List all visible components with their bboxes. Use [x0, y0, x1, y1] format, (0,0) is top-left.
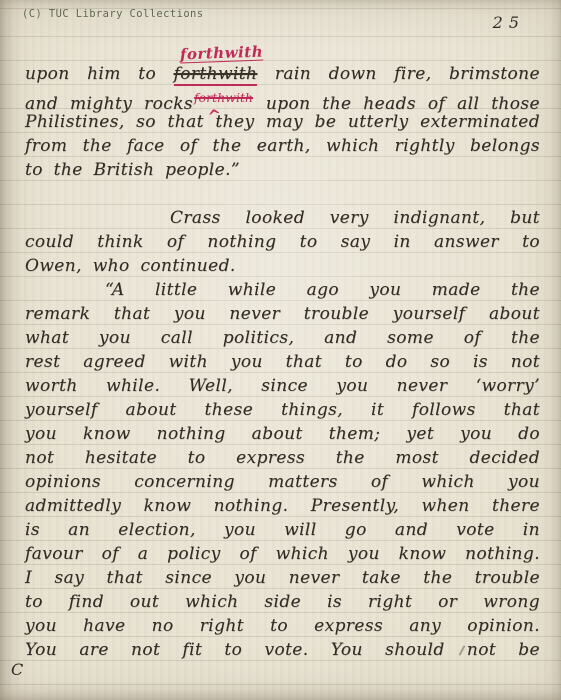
manuscript-text-segment: to the British people.” [25, 160, 240, 180]
red-correction-above: forthwith [179, 45, 263, 64]
manuscript-line [25, 182, 540, 206]
manuscript-text-segment: could think of nothing to say in answer … [25, 232, 540, 252]
manuscript-line: not hesitate to express the most decided [25, 446, 540, 470]
manuscript-line: worth while. Well, since you never ‘worr… [25, 374, 540, 398]
manuscript-text-segment: Owen, who continued. [25, 256, 236, 276]
manuscript-line: I say that since you never take the trou… [25, 566, 540, 590]
manuscript-text-segment: yourself about these things, it follows … [25, 400, 540, 420]
manuscript-text-segment: from the face of the earth, which rightl… [25, 136, 540, 156]
manuscript-text: upon him to forthwithforthwith rain down… [25, 62, 540, 662]
manuscript-text-segment: rest agreed with you that to do so is no… [25, 352, 540, 372]
manuscript-text-segment: remark that you never trouble yourself a… [25, 304, 540, 324]
manuscript-text-segment: you know nothing about them; yet you do [25, 424, 540, 444]
manuscript-line: remark that you never trouble yourself a… [25, 302, 540, 326]
manuscript-line: upon him to forthwithforthwith rain down… [25, 62, 540, 86]
manuscript-text-segment: Crass looked very indignant, but [170, 208, 540, 228]
manuscript-text-segment: to find out which side is right or wrong [25, 592, 540, 612]
manuscript-line: Philistines, so that they may be utterly… [25, 110, 540, 134]
manuscript-line: what you call politics, and some of the [25, 326, 540, 350]
manuscript-text-segment: you have no right to express any opinion… [25, 616, 540, 636]
manuscript-line: to find out which side is right or wrong [25, 590, 540, 614]
manuscript-text-segment: worth while. Well, since you never ‘worr… [25, 376, 540, 396]
manuscript-text-segment: not hesitate to express the most decided [25, 448, 540, 468]
manuscript-line: is an election, you will go and vote in [25, 518, 540, 542]
manuscript-line: admittedly know nothing. Presently, when… [25, 494, 540, 518]
red-caret-mark: ^ [207, 107, 223, 125]
manuscript-line: and mighty rocksforthwith^ upon the head… [25, 86, 540, 110]
manuscript-line: could think of nothing to say in answer … [25, 230, 540, 254]
page-number: 25 [493, 13, 525, 32]
manuscript-line: yourself about these things, it follows … [25, 398, 540, 422]
manuscript-line: “A little while ago you made the [105, 278, 540, 302]
manuscript-text-segment: is an election, you will go and vote in [25, 520, 540, 540]
manuscript-text-segment: admittedly know nothing. Presently, when… [25, 496, 540, 516]
manuscript-text-segment: opinions concerning matters of which you [25, 472, 540, 492]
manuscript-line: to the British people.” [25, 158, 540, 182]
manuscript-line: Crass looked very indignant, but [170, 206, 540, 230]
manuscript-line: you have no right to express any opinion… [25, 614, 540, 638]
manuscript-text-segment: what you call politics, and some of the [25, 328, 540, 348]
struck-word: forthwithforthwith [174, 64, 258, 86]
manuscript-text-segment: rain down fire, brimstone [257, 64, 540, 84]
manuscript-page: (C) TUC Library Collections 25 upon him … [0, 0, 561, 700]
manuscript-line: rest agreed with you that to do so is no… [25, 350, 540, 374]
corner-mark: C [11, 660, 23, 679]
library-watermark: (C) TUC Library Collections [22, 8, 203, 20]
manuscript-text-segment: favour of a policy of which you know not… [25, 544, 540, 564]
manuscript-line: opinions concerning matters of which you [25, 470, 540, 494]
manuscript-text-segment: “A little while ago you made the [105, 280, 540, 300]
red-struck-word: forthwith^ [194, 90, 253, 105]
manuscript-text-segment: Philistines, so that they may be utterly… [25, 112, 540, 132]
manuscript-line: favour of a policy of which you know not… [25, 542, 540, 566]
manuscript-line: you know nothing about them; yet you do [25, 422, 540, 446]
manuscript-line: from the face of the earth, which rightl… [25, 134, 540, 158]
manuscript-text-segment: I say that since you never take the trou… [25, 568, 540, 588]
manuscript-line: Owen, who continued. [25, 254, 540, 278]
manuscript-text-segment: upon him to [25, 64, 174, 84]
